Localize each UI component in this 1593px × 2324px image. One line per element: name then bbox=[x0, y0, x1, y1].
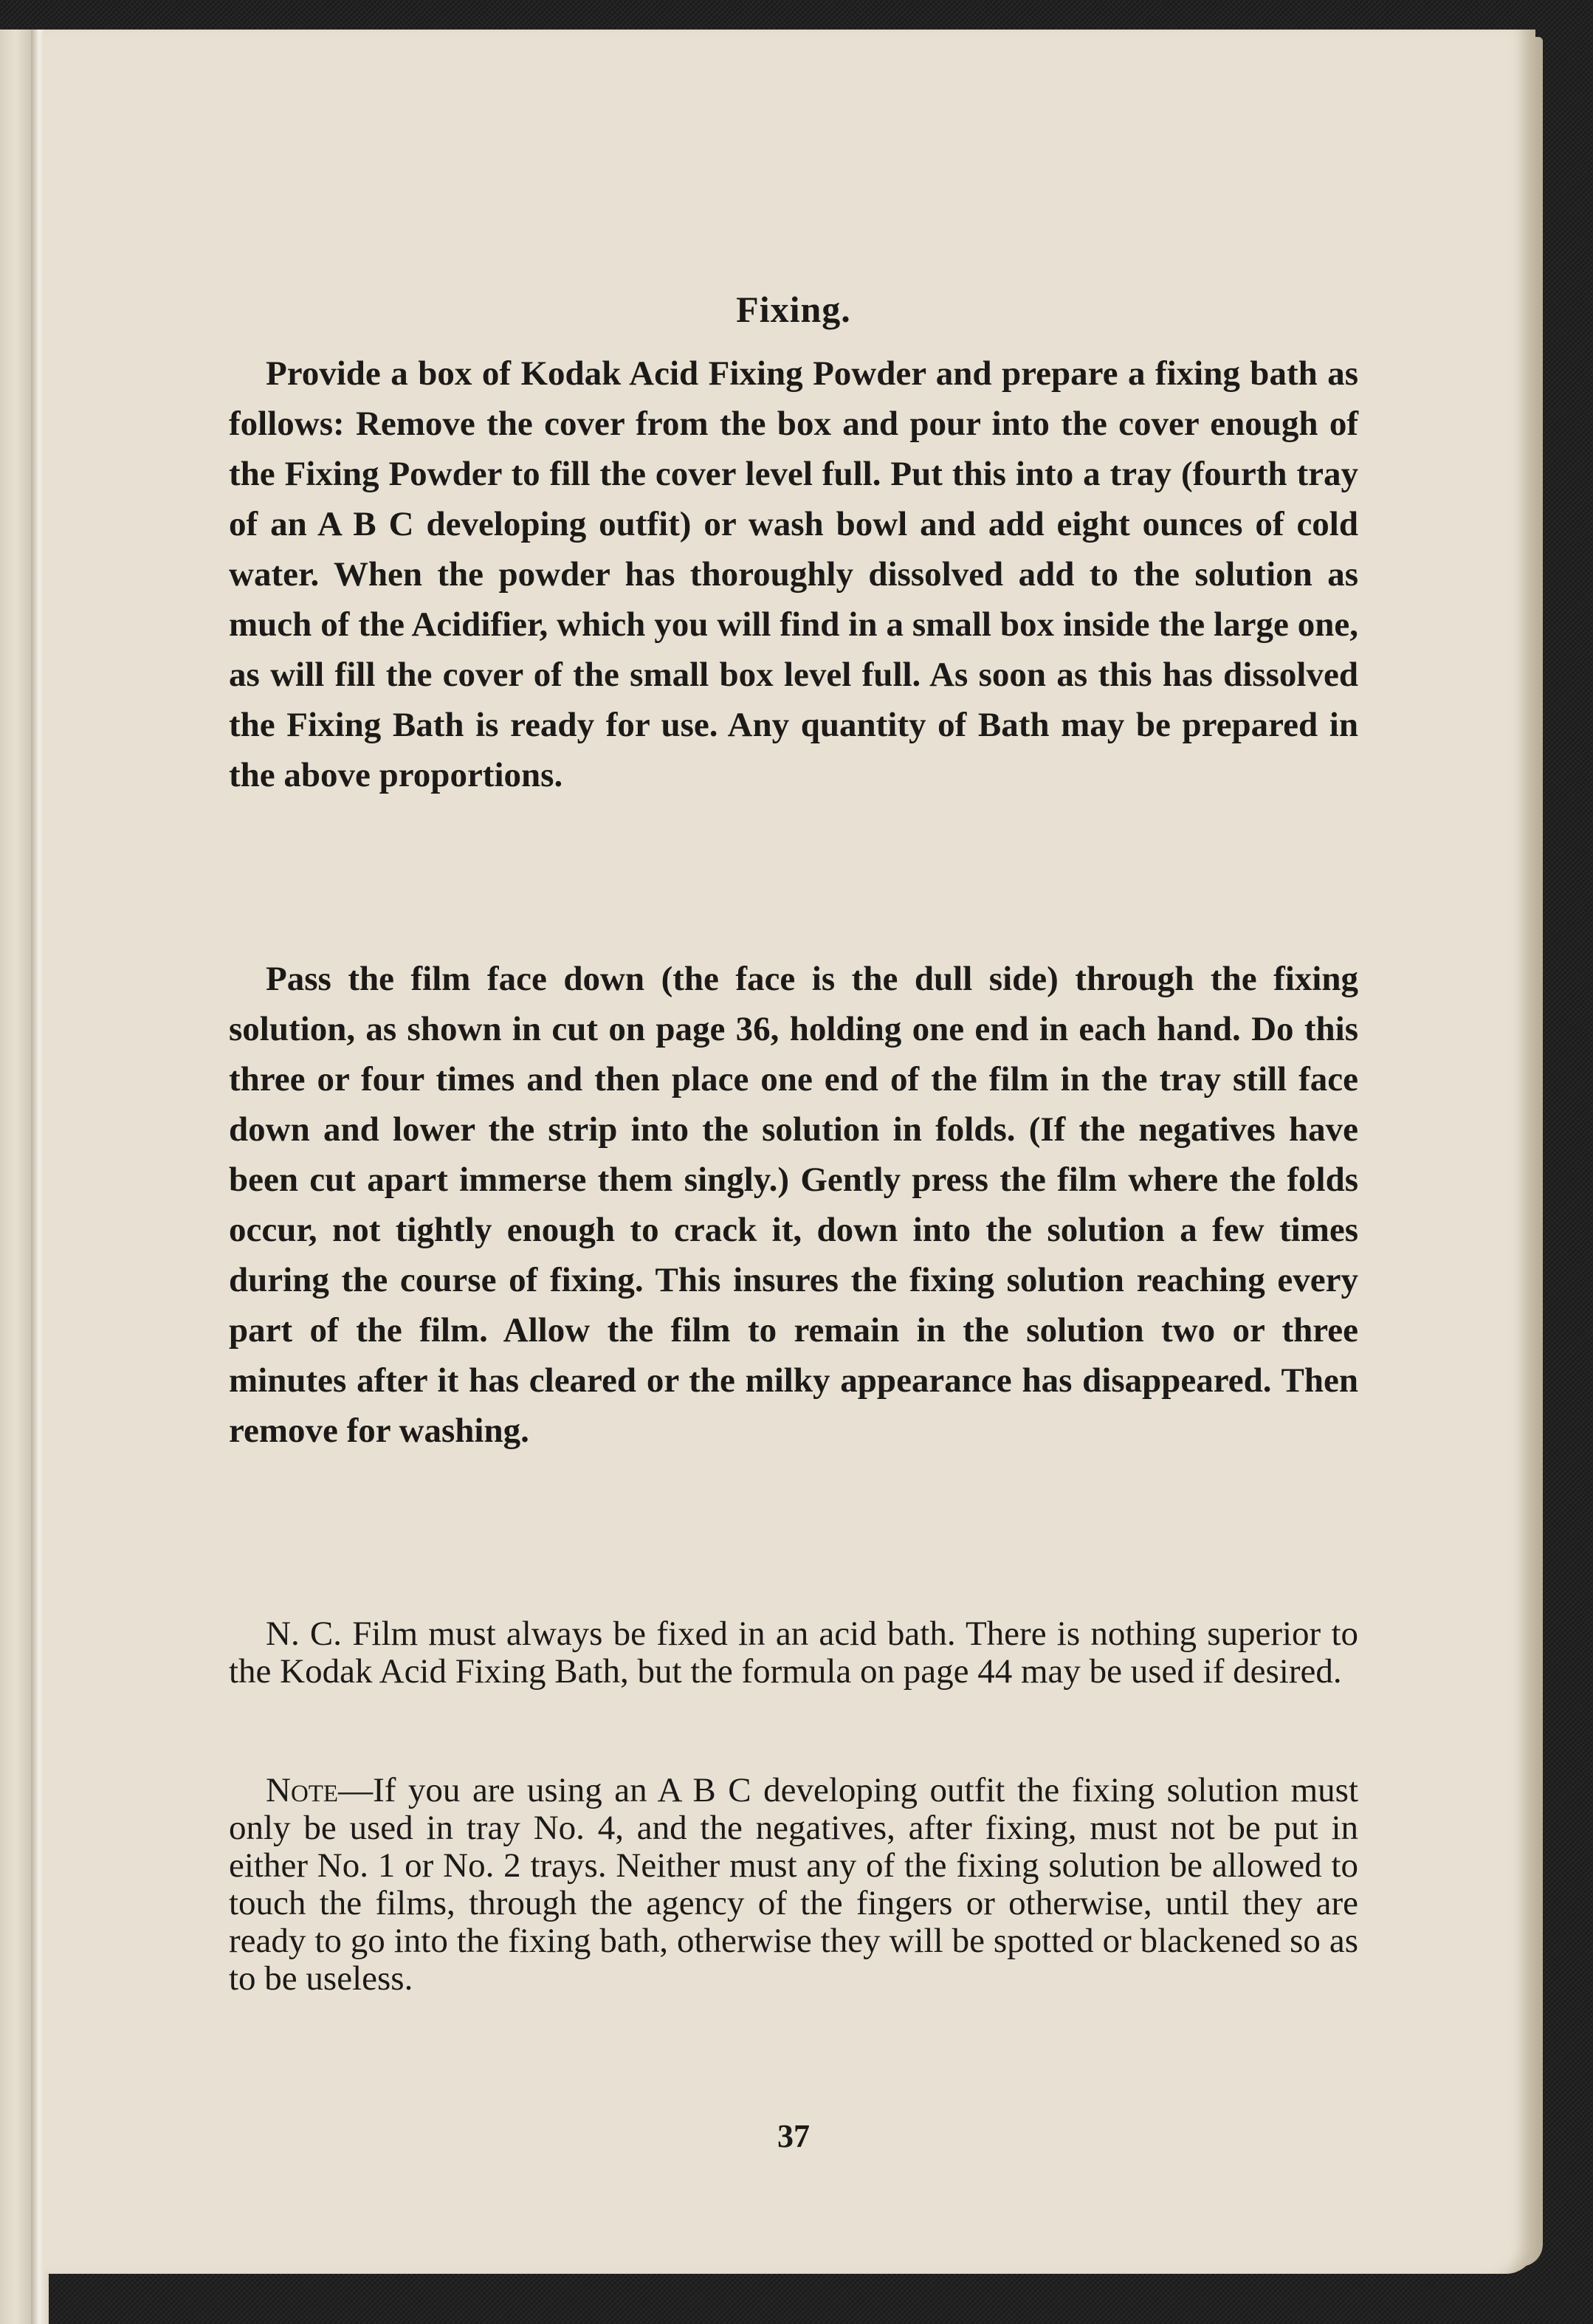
page-number: 37 bbox=[229, 2117, 1358, 2155]
section-title: Fixing. bbox=[229, 288, 1358, 331]
paragraph-text: —If you are using an A B C developing ou… bbox=[229, 1771, 1358, 1998]
paragraph-prepare-bath: Provide a box of Kodak Acid Fixing Powde… bbox=[229, 348, 1358, 800]
paragraph-pass-film: Pass the film face down (the face is the… bbox=[229, 954, 1358, 1456]
paragraph-note: Note—If you are using an A B C developin… bbox=[229, 1772, 1358, 1998]
book-page: Fixing. Provide a box of Kodak Acid Fixi… bbox=[44, 30, 1535, 2274]
paragraph-text: N. C. Film must always be fixed in an ac… bbox=[229, 1615, 1358, 1691]
paragraph-nc-film: N. C. Film must always be fixed in an ac… bbox=[229, 1615, 1358, 1691]
paragraph-text: Provide a box of Kodak Acid Fixing Powde… bbox=[229, 354, 1358, 794]
note-label: Note bbox=[266, 1771, 338, 1809]
previous-page-edge bbox=[0, 30, 31, 2324]
paragraph-text: Pass the film face down (the face is the… bbox=[229, 960, 1358, 1450]
